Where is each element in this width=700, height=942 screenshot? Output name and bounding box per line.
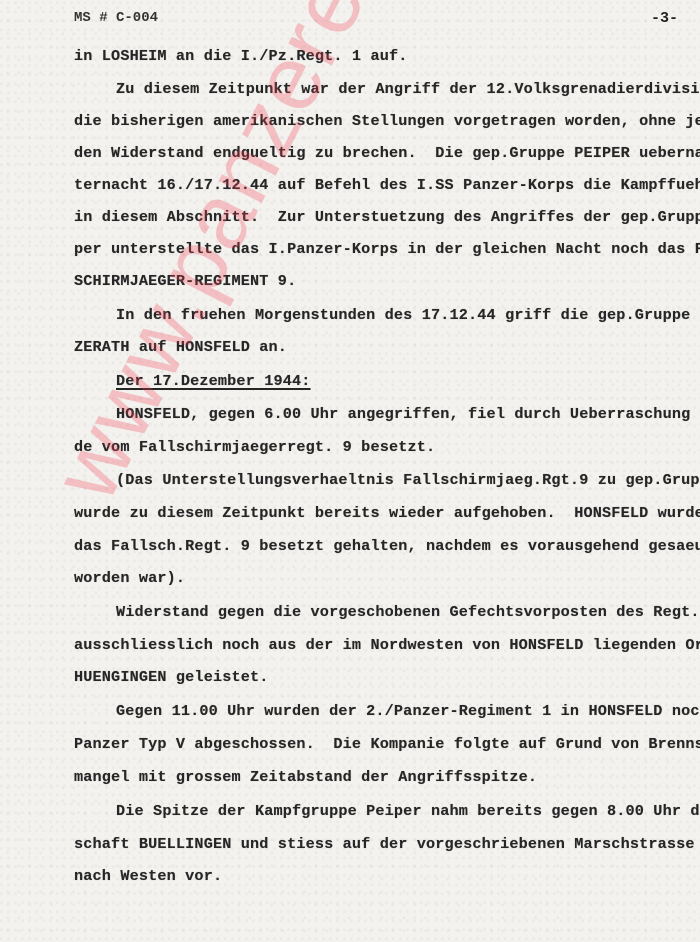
- text-line: ternacht 16./17.12.44 auf Befehl des I.S…: [74, 176, 700, 194]
- text-line: per unterstellte das I.Panzer-Korps in d…: [74, 240, 700, 258]
- page-number: -3-: [651, 10, 678, 27]
- text-line: mangel mit grossem Zeitabstand der Angri…: [74, 768, 537, 786]
- text-line: HUENGINGEN geleistet.: [74, 668, 269, 686]
- section-heading: Der 17.Dezember 1944:: [116, 372, 311, 390]
- text-line: (Das Unterstellungsverhaeltnis Fallschir…: [116, 471, 700, 489]
- text-line: ZERATH auf HONSFELD an.: [74, 338, 287, 356]
- text-line: HONSFELD, gegen 6.00 Uhr angegriffen, fi…: [116, 405, 700, 423]
- text-line: schaft BUELLINGEN und stiess auf der vor…: [74, 835, 700, 853]
- text-line: Widerstand gegen die vorgeschobenen Gefe…: [116, 603, 700, 621]
- text-line: in LOSHEIM an die I./Pz.Regt. 1 auf.: [74, 47, 408, 65]
- manuscript-id: MS # C-004: [74, 10, 158, 26]
- text-line: den Widerstand endgueltig zu brechen. Di…: [74, 144, 700, 162]
- text-line: SCHIRMJAEGER-REGIMENT 9.: [74, 272, 296, 290]
- text-line: das Fallsch.Regt. 9 besetzt gehalten, na…: [74, 537, 700, 555]
- text-line: Gegen 11.00 Uhr wurden der 2./Panzer-Reg…: [116, 702, 700, 720]
- text-line: de vom Fallschirmjaegerregt. 9 besetzt.: [74, 438, 435, 456]
- text-line: nach Westen vor.: [74, 867, 222, 885]
- text-line: ausschliesslich noch aus der im Nordwest…: [74, 636, 700, 654]
- text-line: worden war).: [74, 569, 185, 587]
- text-line: In den fruehen Morgenstunden des 17.12.4…: [116, 306, 700, 324]
- text-line: Die Spitze der Kampfgruppe Peiper nahm b…: [116, 802, 700, 820]
- document-page: MS # C-004 -3- in LOSHEIM an die I./Pz.R…: [0, 0, 700, 942]
- text-line: wurde zu diesem Zeitpunkt bereits wieder…: [74, 504, 700, 522]
- text-line: Zu diesem Zeitpunkt war der Angriff der …: [116, 80, 700, 98]
- text-line: Panzer Typ V abgeschossen. Die Kompanie …: [74, 735, 700, 753]
- text-line: in diesem Abschnitt. Zur Unterstuetzung …: [74, 208, 700, 226]
- text-line: die bisherigen amerikanischen Stellungen…: [74, 112, 700, 130]
